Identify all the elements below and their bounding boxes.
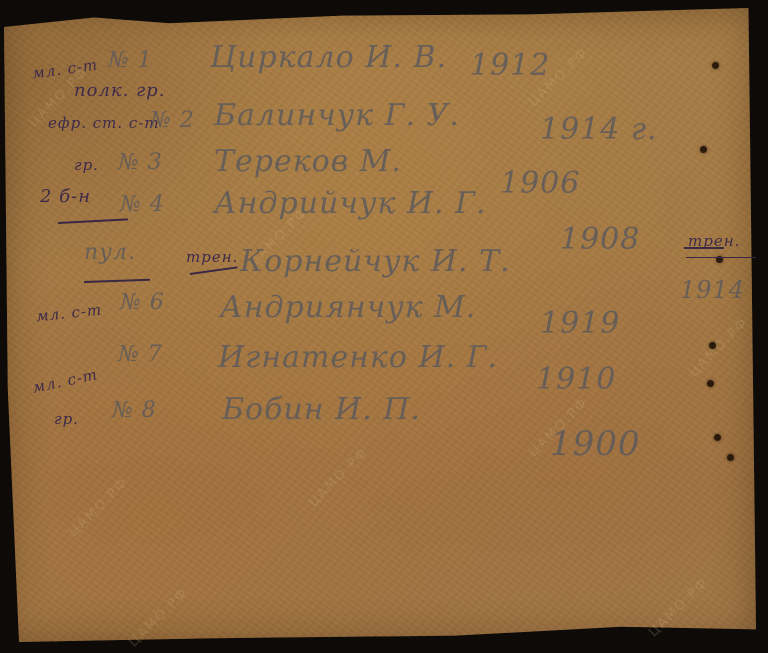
ink-annotation: трен. (186, 248, 238, 266)
ink-annotation: полк. гр. (74, 80, 165, 101)
ink-underline (686, 257, 756, 258)
row-8-year: 1900 (550, 424, 641, 464)
document-scan: ЦАМО.РФ ЦАМО.РФ ЦАМО.РФ ЦАМО.РФ ЦАМО.РФ … (0, 0, 768, 653)
row-1-name: Циркало И. В. (210, 40, 447, 75)
paper-hole (707, 380, 714, 387)
paper-hole (700, 146, 707, 153)
ink-annotation: 2 б-н (40, 186, 91, 207)
row-3-number: № 3 (118, 150, 163, 175)
row-5-name: Корнейчук И. Т. (240, 244, 511, 279)
row-7-number: № 7 (118, 342, 163, 367)
row-3-name: Тереков М. (214, 144, 402, 179)
row-7-name: Игнатенко И. Г. (218, 340, 498, 375)
row-6-number: № 6 (120, 290, 165, 315)
row-2-year: 1914 г. (540, 112, 658, 147)
row-2-number: № 2 (150, 108, 195, 133)
row-2-name: Балинчук Г. У. (214, 98, 460, 133)
row-8-number: № 8 (112, 398, 157, 423)
row-8-name: Бобин И. П. (222, 392, 421, 427)
paper-hole (714, 434, 721, 441)
row-4-number: № 4 (120, 192, 165, 217)
row-3-margin: гр. (74, 156, 99, 174)
row-4-name: Андрийчук И. Г. (214, 186, 487, 221)
paper-hole (712, 62, 719, 69)
row-2-margin: ефр. ст. с-т (48, 114, 160, 132)
row-5-year: 1914 (680, 276, 745, 304)
paper-hole (709, 342, 716, 349)
ink-strikethrough (684, 247, 724, 249)
row-8-margin: гр. (54, 410, 79, 428)
row-7-year: 1910 (536, 362, 616, 397)
row-3-year: 1906 (500, 166, 580, 201)
row-6-year: 1919 (540, 306, 620, 341)
row-4-year: 1908 (560, 222, 640, 257)
paper-hole (727, 454, 734, 461)
ink-annotation: пул. (84, 240, 136, 265)
row-6-name: Андриянчук М. (220, 290, 476, 325)
row-1-number: № 1 (108, 48, 153, 73)
row-1-year: 1912 (470, 48, 550, 83)
